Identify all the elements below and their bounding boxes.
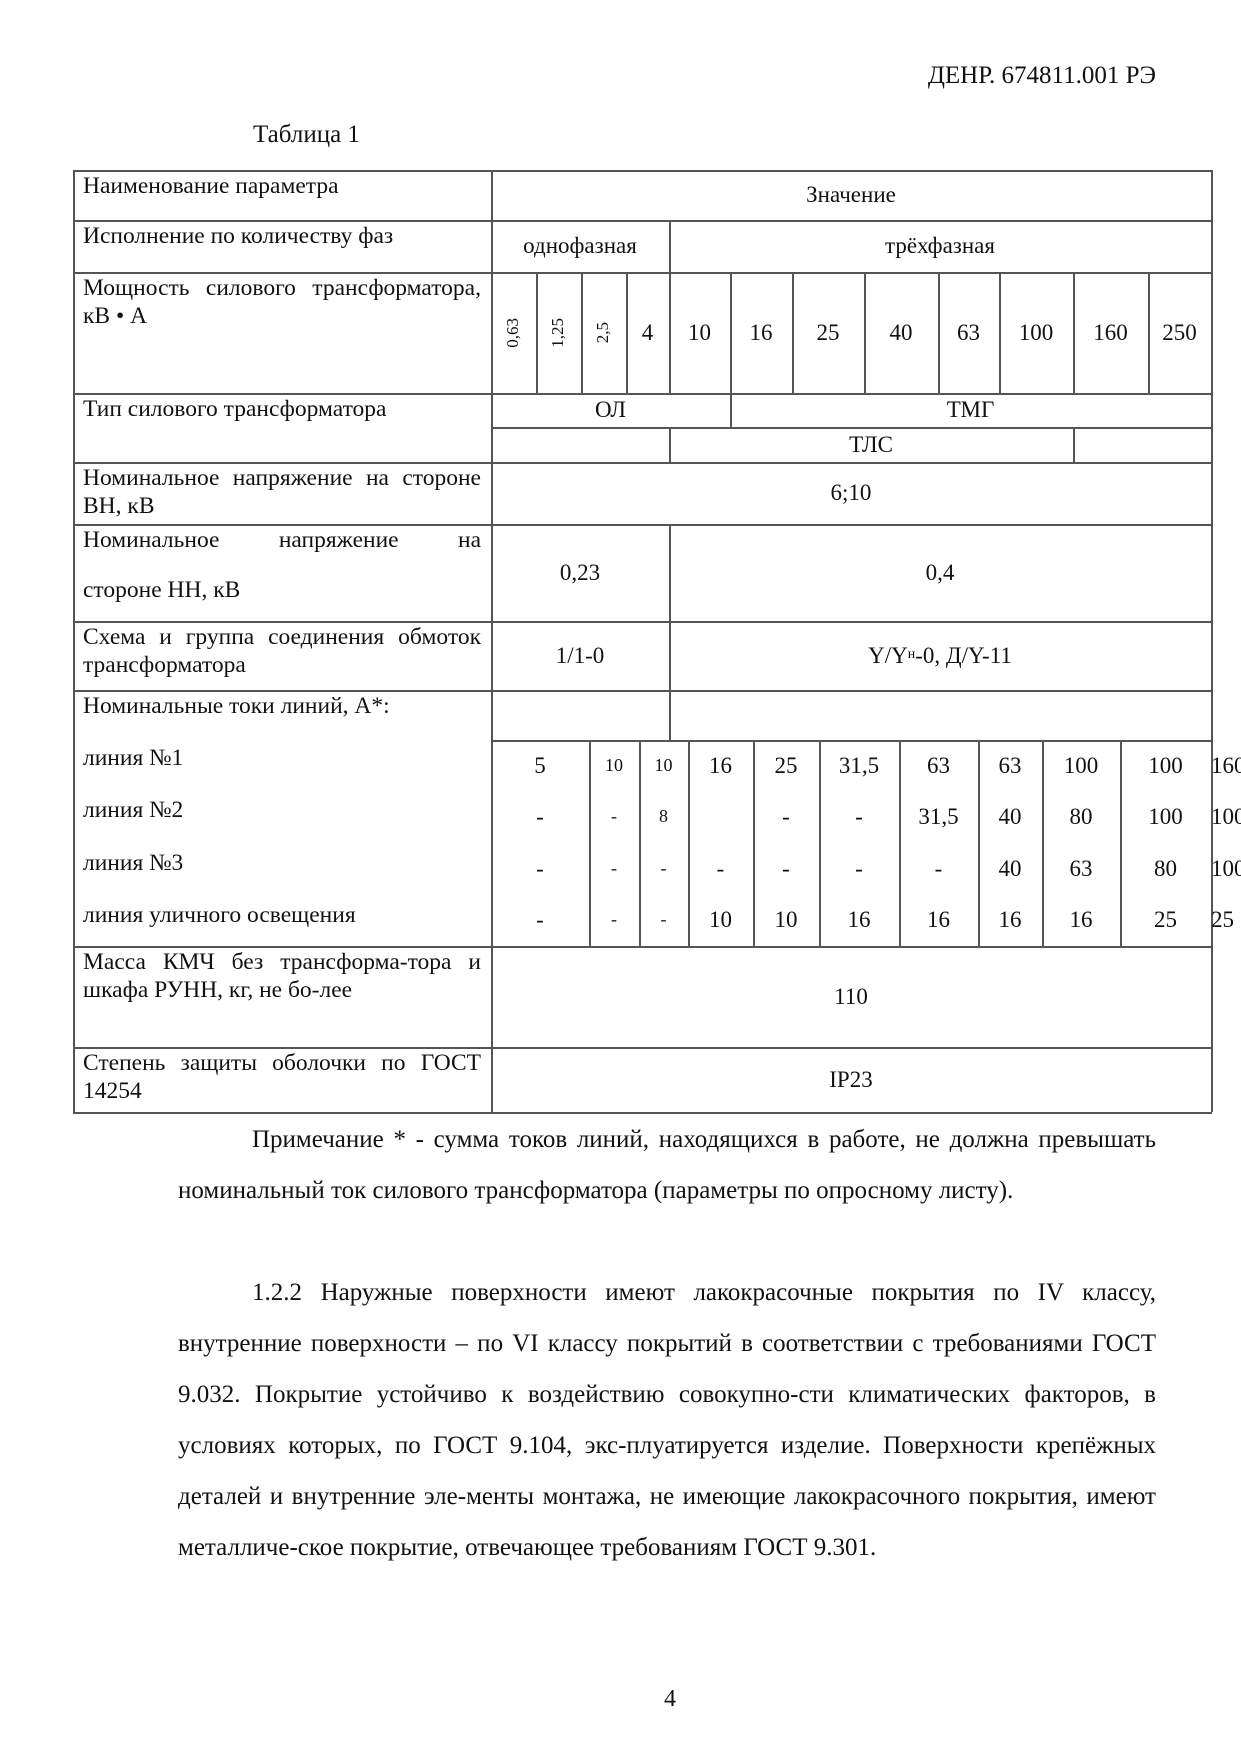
winding-scheme-label: Схема и группа соединения обмоток трансф…: [73, 621, 491, 690]
header-param-label: Наименование параметра: [73, 170, 491, 220]
type-ol: ОЛ: [491, 393, 730, 427]
line-current-value: -: [819, 792, 899, 844]
line-current-value: -: [639, 895, 688, 947]
table-rule: [626, 272, 628, 393]
line-current-value: 25: [1120, 895, 1211, 947]
line-current-value: -: [819, 843, 899, 895]
phases-three: трёхфазная: [669, 220, 1211, 272]
line-current-value: -: [589, 792, 639, 844]
line-name: линия уличного освещения: [83, 901, 481, 929]
table-rule: [1148, 272, 1150, 393]
table-rule: [730, 272, 732, 393]
power-value: 4: [626, 272, 669, 393]
power-value: 1,25: [536, 272, 581, 393]
line-current-value: 80: [1042, 792, 1120, 844]
line-current-value: 5: [491, 740, 589, 792]
line-current-value: 8: [639, 792, 688, 844]
line-current-value: 10: [753, 895, 819, 947]
line-current-value: 100: [1120, 740, 1211, 792]
line-current-value: 31,5: [899, 792, 978, 844]
table-rule: [669, 220, 671, 272]
table-rule: [589, 740, 591, 946]
lv-voltage-label: Номинальное напряжение настороне НН, кВ: [73, 524, 491, 621]
table-rule: [669, 272, 671, 393]
table-rule: [669, 524, 671, 621]
phases-label: Исполнение по количеству фаз: [73, 220, 491, 272]
table-rule: [669, 621, 671, 690]
line-current-value: 63: [899, 740, 978, 792]
line-current-value: 25: [753, 740, 819, 792]
power-value: 250: [1148, 272, 1211, 393]
table-rule: [899, 740, 901, 946]
table-rule: [536, 272, 538, 393]
power-value: 2,5: [581, 272, 626, 393]
line-current-value: 63: [1042, 843, 1120, 895]
table-rule: [1073, 427, 1075, 462]
type-tls: ТЛС: [669, 427, 1073, 462]
table-note: Примечание * - сумма токов линий, находя…: [178, 1114, 1156, 1216]
line-current-value: 16: [1042, 895, 1120, 947]
line-current-value: 16: [978, 895, 1042, 947]
line-currents-label: Номинальные токи линий, А*:линия №1линия…: [73, 690, 491, 946]
line-current-value: 100: [1042, 740, 1120, 792]
line-current-value: -: [899, 843, 978, 895]
line-current-value: -: [753, 792, 819, 844]
table-rule: [938, 272, 940, 393]
table-rule: [1042, 740, 1044, 946]
line-current-value: -: [589, 843, 639, 895]
line-name: линия №1: [83, 744, 481, 772]
table-rule: [1120, 740, 1122, 946]
power-value: 63: [938, 272, 999, 393]
table-rule: [819, 740, 821, 946]
line-current-value: 10: [688, 895, 753, 947]
line-current-value: 100: [1211, 843, 1241, 895]
mass-value: 110: [491, 946, 1211, 1047]
protection-value: IP23: [491, 1047, 1211, 1112]
section-1-2-2: 1.2.2 Наружные поверхности имеют лакокра…: [178, 1267, 1156, 1573]
line-current-value: -: [639, 843, 688, 895]
lv-voltage-three: 0,4: [669, 524, 1211, 621]
table-rule: [753, 740, 755, 946]
table-rule: [730, 393, 732, 427]
hv-voltage-label: Номинальное напряжение на стороне ВН, кВ: [73, 462, 491, 524]
table-rule: [999, 272, 1001, 393]
table-rule: [1073, 272, 1075, 393]
header-value-label: Значение: [491, 170, 1211, 220]
line-name: линия №3: [83, 849, 481, 877]
phases-single: однофазная: [491, 220, 669, 272]
line-current-value: 16: [899, 895, 978, 947]
page-number: 4: [664, 1686, 676, 1713]
table-rule: [669, 427, 671, 462]
line-current-value: -: [688, 843, 753, 895]
line-name: линия №2: [83, 796, 481, 824]
table-rule: [669, 690, 671, 740]
line-current-value: 16: [688, 740, 753, 792]
line-current-value: 25: [1211, 895, 1234, 947]
line-current-value: 100: [1211, 792, 1241, 844]
protection-label: Степень защиты оболочки по ГОСТ 14254: [73, 1047, 491, 1112]
line-current-value: 40: [978, 843, 1042, 895]
line-current-value: 31,5: [819, 740, 899, 792]
power-value: 16: [730, 272, 792, 393]
line-current-value: -: [491, 895, 589, 947]
power-value: 100: [999, 272, 1073, 393]
type-label: Тип силового трансформатора: [73, 393, 491, 462]
line-current-value: -: [491, 843, 589, 895]
table-rule: [978, 740, 980, 946]
hv-voltage-value: 6;10: [491, 462, 1211, 524]
lv-voltage-single: 0,23: [491, 524, 669, 621]
table-rule: [639, 740, 641, 946]
winding-scheme-single: 1/1-0: [491, 621, 669, 690]
table-rule: [864, 272, 866, 393]
line-current-value: -: [753, 843, 819, 895]
line-current-value: 10: [589, 740, 639, 792]
power-value: 10: [669, 272, 730, 393]
line-current-value: 40: [978, 792, 1042, 844]
line-current-value: -: [491, 792, 589, 844]
mass-label: Масса КМЧ без трансформа-тора и шкафа РУ…: [73, 946, 491, 1047]
line-current-value: 160: [1211, 740, 1241, 792]
line-current-value: 100: [1120, 792, 1211, 844]
power-value: 0,63: [491, 272, 536, 393]
power-value: 25: [792, 272, 864, 393]
power-label: Мощность силового трансформатора, кВ • А: [73, 272, 491, 393]
power-value: 160: [1073, 272, 1148, 393]
power-value: 40: [864, 272, 938, 393]
winding-scheme-three: Y/Yн-0, Д/Y-11: [669, 621, 1211, 690]
line-current-value: 80: [1120, 843, 1211, 895]
table-rule: [581, 272, 583, 393]
table-rule: [792, 272, 794, 393]
line-current-value: -: [589, 895, 639, 947]
line-current-value: [688, 792, 753, 844]
line-current-value: 10: [639, 740, 688, 792]
line-current-value: 63: [978, 740, 1042, 792]
type-tmg: ТМГ: [730, 393, 1211, 427]
line-current-value: 16: [819, 895, 899, 947]
table-rule: [688, 740, 690, 946]
table-rule: [1211, 170, 1213, 1112]
